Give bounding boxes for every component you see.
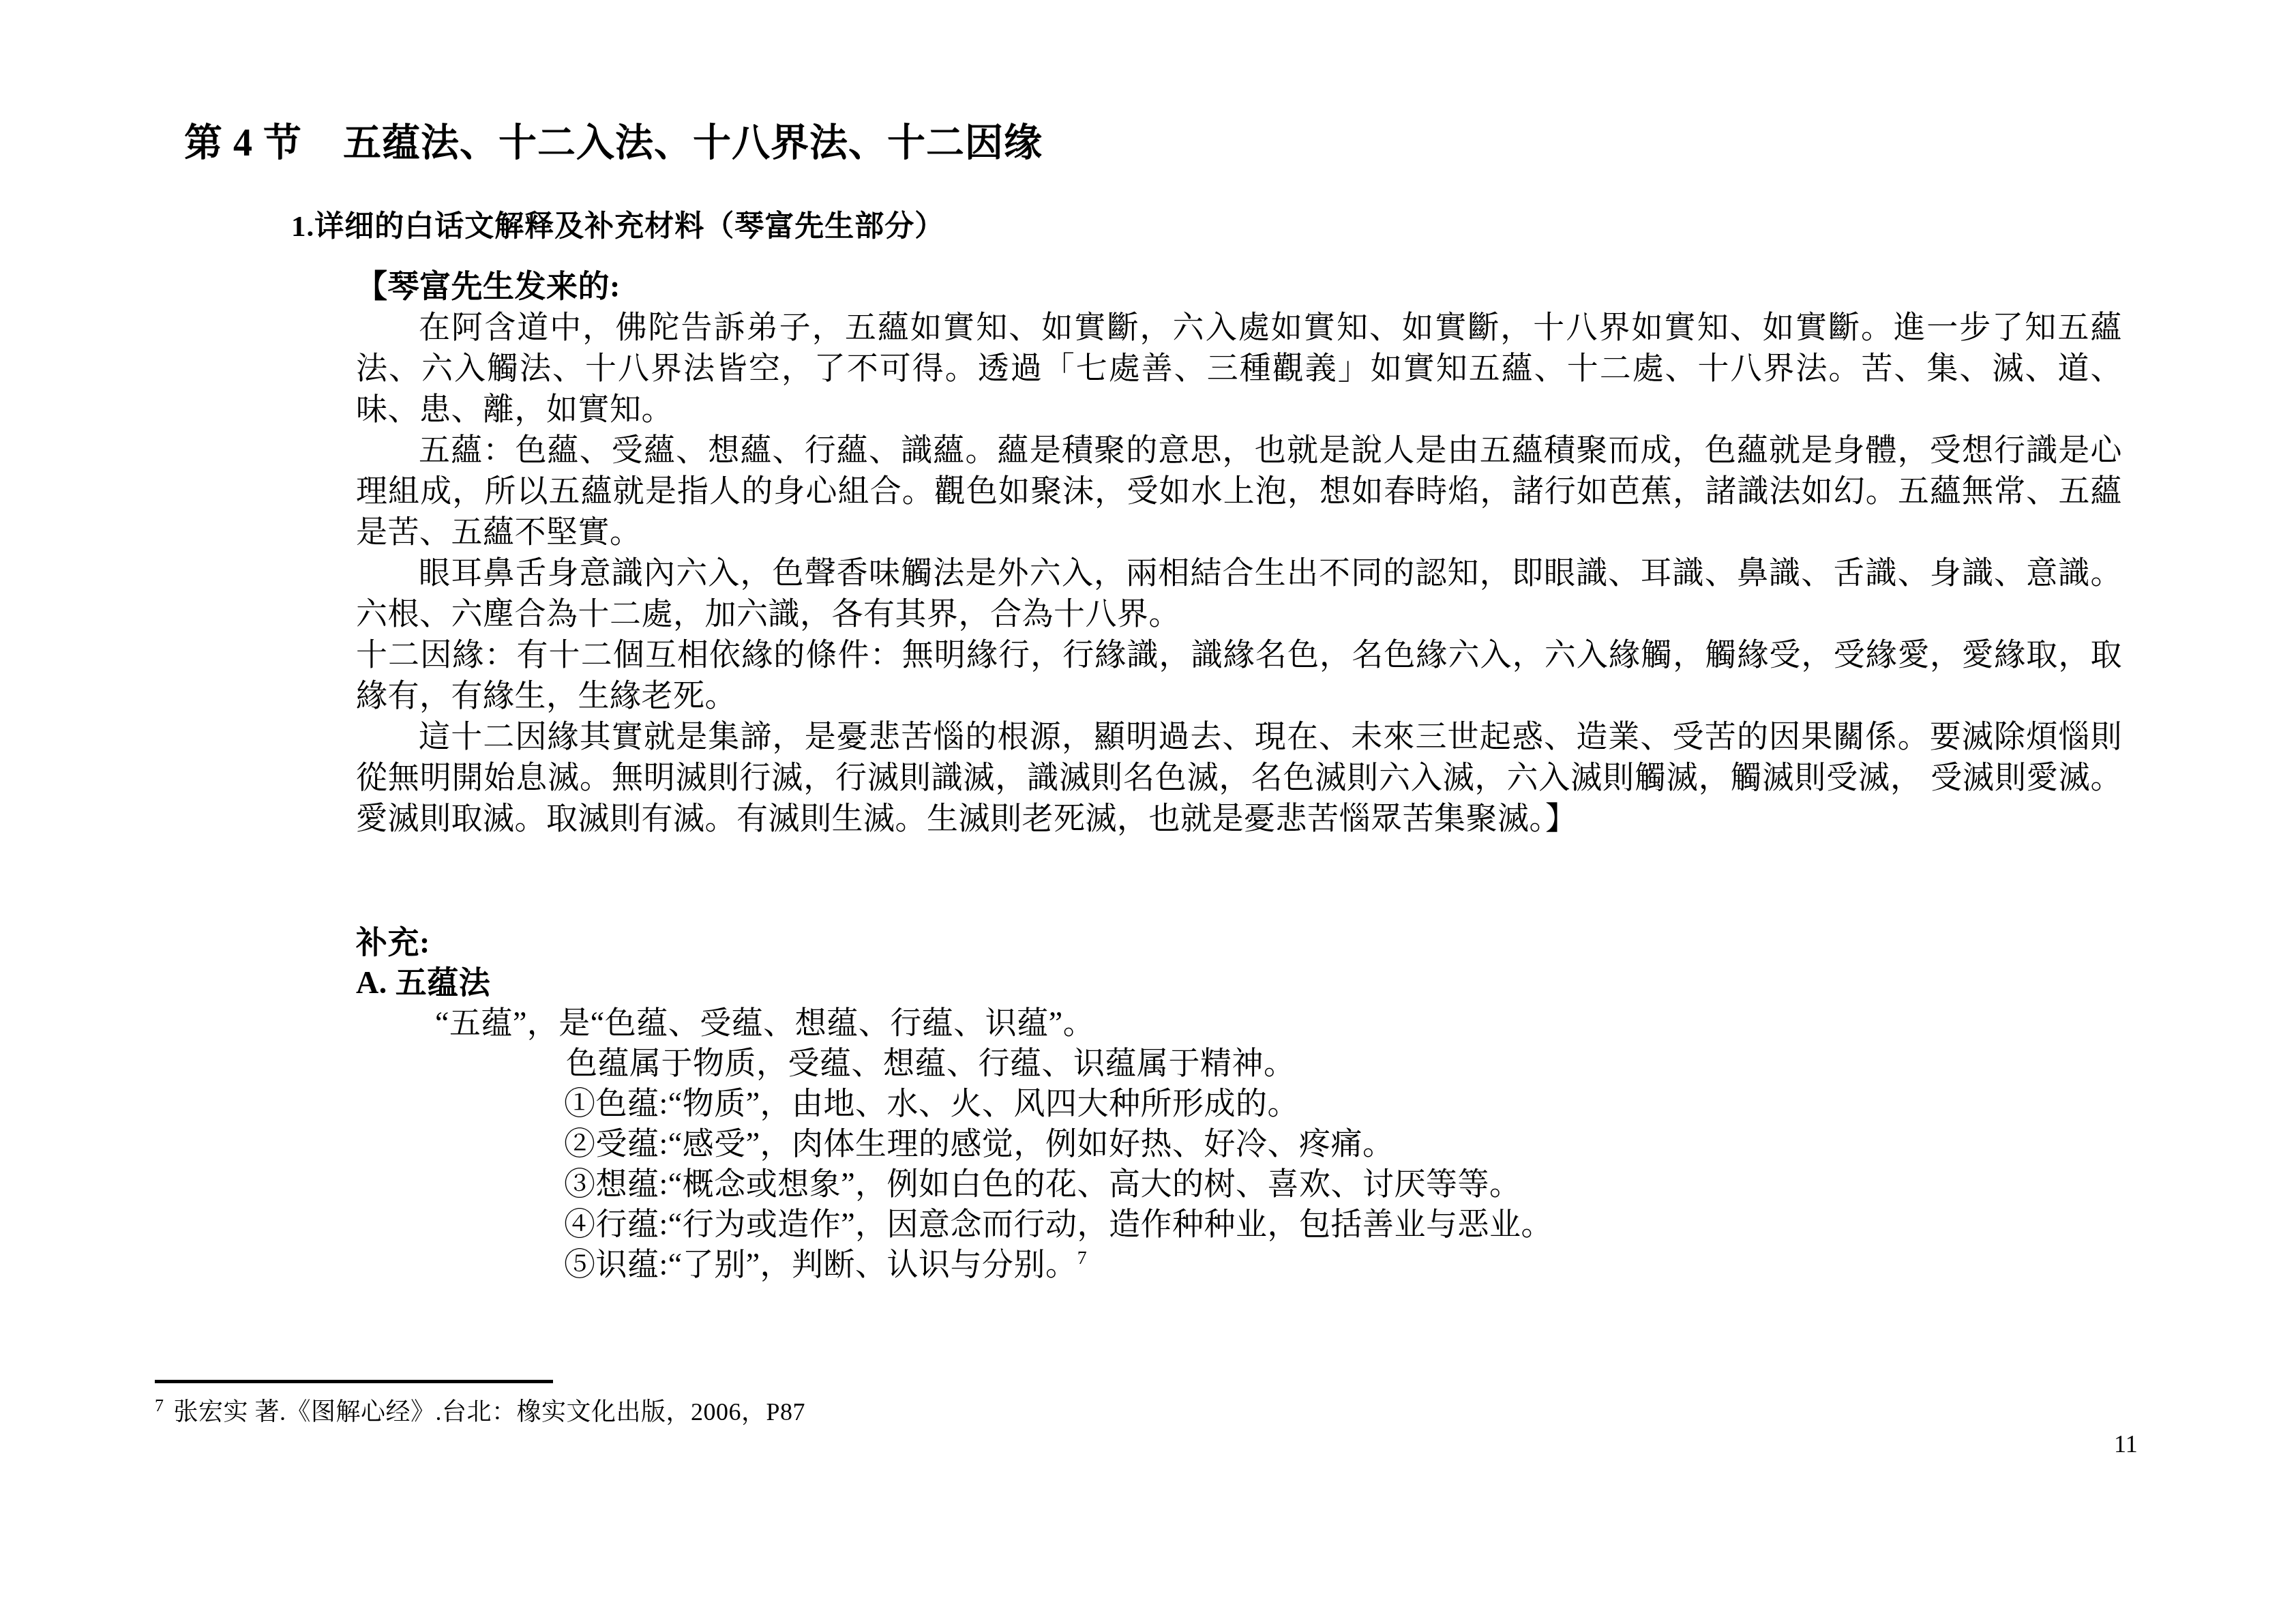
list-item-consciousness-text: ⑤识蕴:“了别”，判断、认识与分别。 [564,1247,1077,1282]
footnote-separator-line [155,1380,553,1383]
page-title: 第 4 节五蕴法、十二入法、十八界法、十二因缘 [184,113,1043,167]
footnote-citation-text: 张宏实 著.《图解心经》.台北：橡实文化出版，2006，P87 [174,1398,806,1426]
paragraph-cessation: 這十二因緣其實就是集諦，是憂悲苦惱的根源，顯明過去、現在、未來三世起惑、造業、受… [356,716,2122,839]
list-item-feeling: ②受蕴:“感受”，肉体生理的感觉，例如好热、好冷、疼痛。 [564,1123,2122,1164]
paragraph-twelve-links: 十二因緣：有十二個互相依緣的條件：無明緣行，行緣識，識緣名色，名色緣六入，六入緣… [356,634,2122,716]
subsection-heading: 1.详细的白话文解释及补充材料（琴富先生部分） [291,203,944,245]
list-item-consciousness: ⑤识蕴:“了别”，判断、认识与分别。7 [564,1244,2122,1284]
five-aggregates-classification: 色蕴属于物质，受蕴、想蕴、行蕴、识蕴属于精神。 [566,1043,2122,1083]
page-number: 11 [2114,1430,2138,1458]
main-text-block: 【琴富先生发来的: 在阿含道中，佛陀告訴弟子，五蘊如實知、如實斷，六入處如實知、… [356,266,2122,839]
list-item-mental-formation: ④行蕴:“行为或造作”，因意念而行动，造作种种业，包括善业与恶业。 [564,1204,2122,1244]
quoted-source-intro: 【琴富先生发来的: [356,266,2122,307]
five-aggregates-definition: “五蕴”，是“色蕴、受蕴、想蕴、行蕴、识蕴”。 [435,1003,2122,1043]
paragraph-five-aggregates-detail: 五蘊：色蘊、受蘊、想蘊、行蘊、識蘊。蘊是積聚的意思，也就是說人是由五蘊積聚而成，… [356,430,2122,552]
supplement-subheading-a: A. 五蕴法 [356,962,2122,1003]
section-title: 五蕴法、十二入法、十八界法、十二因缘 [343,122,1043,164]
footnote-reference-mark: 7 [1077,1247,1088,1269]
section-number: 第 4 节 [184,122,302,164]
supplement-heading: 补充: [356,922,2122,962]
document-page: 第 4 节五蕴法、十二入法、十八界法、十二因缘 1.详细的白话文解释及补充材料（… [0,0,2296,1624]
list-item-form: ①色蕴:“物质”，由地、水、火、风四大种所形成的。 [564,1083,2122,1123]
supplement-section: 补充: A. 五蕴法 “五蕴”，是“色蕴、受蕴、想蕴、行蕴、识蕴”。 色蕴属于物… [356,922,2122,1284]
footnote: 7张宏实 著.《图解心经》.台北：橡实文化出版，2006，P87 [155,1393,805,1428]
paragraph-five-aggregates-overview: 在阿含道中，佛陀告訴弟子，五蘊如實知、如實斷，六入處如實知、如實斷，十八界如實知… [356,307,2122,430]
paragraph-eighteen-realms: 眼耳鼻舌身意識內六入，色聲香味觸法是外六入，兩相結合生出不同的認知，即眼識、耳識… [356,552,2122,634]
list-item-perception: ③想蕴:“概念或想象”，例如白色的花、高大的树、喜欢、讨厌等等。 [564,1164,2122,1204]
footnote-number: 7 [155,1396,164,1415]
